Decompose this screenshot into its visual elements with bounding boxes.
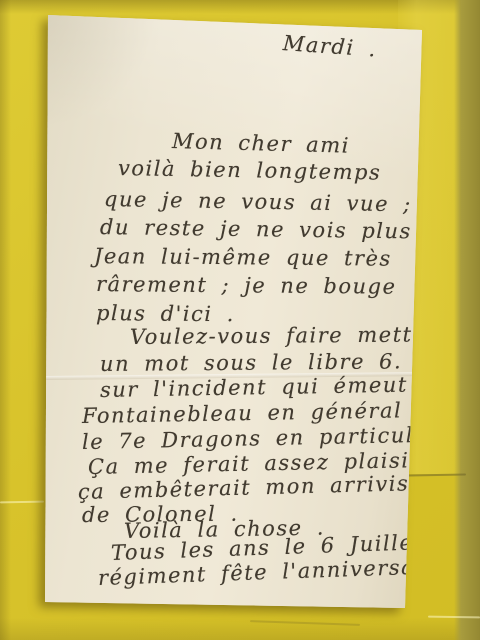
letter-paper-shadow: Mardi . Mon cher ami voilà bien longtemp… (0, 0, 480, 640)
paper-corner-shading (38, 8, 158, 128)
handwritten-line: du reste je ne vois plus (100, 217, 412, 242)
handwritten-line: un mot sous le libre 6. (100, 351, 402, 375)
handwritten-line: Voulez-vous faire mettre (130, 324, 438, 348)
letter-paper: Mardi . Mon cher ami voilà bien longtemp… (38, 8, 430, 616)
photo-of-handwritten-letter: Mardi . Mon cher ami voilà bien longtemp… (0, 0, 480, 640)
handwritten-line: plus d'ici . (96, 303, 235, 325)
handwritten-line: le 7e Dragons en particulier ? (82, 424, 475, 453)
handwritten-line: que je ne vous ai vue ; (104, 189, 412, 215)
handwritten-line: Mon cher ami (172, 131, 350, 157)
handwritten-line: voilà bien longtemps (118, 158, 382, 184)
handwritten-line: sur l'incident qui émeut (100, 375, 408, 401)
handwritten-line: rârement ; je ne bouge (96, 274, 397, 298)
handwritten-line: Jean lui-même que très (94, 246, 392, 270)
letter-date: Mardi . (282, 33, 377, 61)
